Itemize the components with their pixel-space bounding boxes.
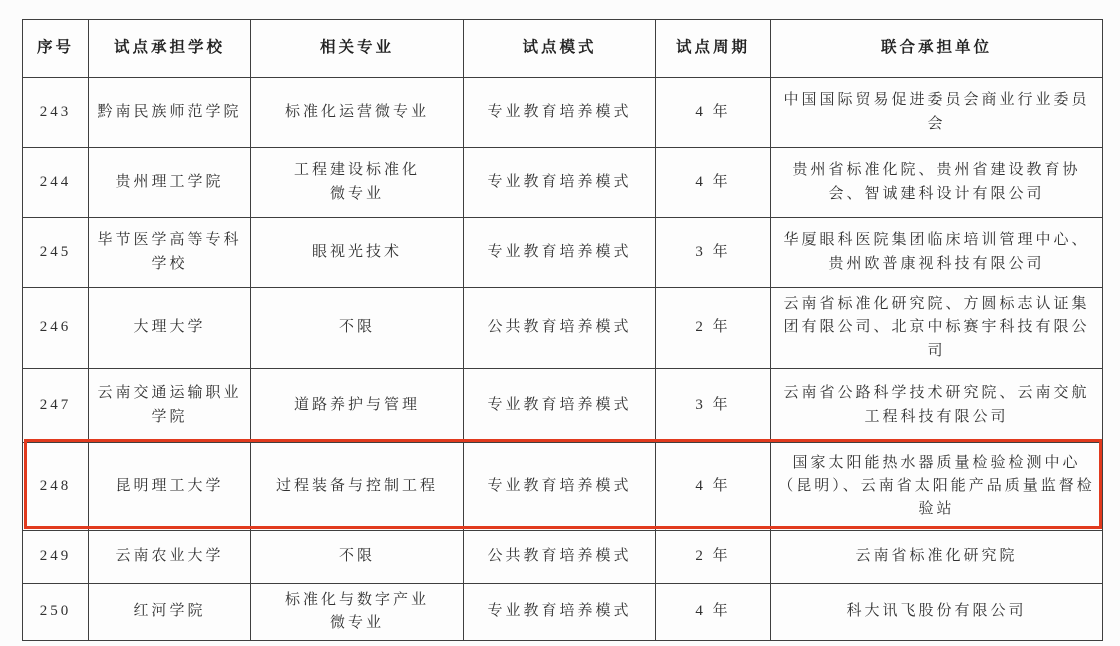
cell-period: 4 年 <box>656 78 771 148</box>
cell-mode: 公共教育培养模式 <box>464 531 656 584</box>
table-row: 244 贵州理工学院 工程建设标准化 微专业 专业教育培养模式 4 年 贵州省标… <box>23 148 1103 218</box>
header-pilot-school: 试点承担学校 <box>89 20 251 78</box>
cell-mode: 专业教育培养模式 <box>464 148 656 218</box>
cell-mode: 专业教育培养模式 <box>464 584 656 641</box>
cell-mode: 公共教育培养模式 <box>464 288 656 369</box>
cell-school: 昆明理工大学 <box>89 443 251 531</box>
cell-serial: 245 <box>23 218 89 288</box>
cell-partners: 云南省公路科学技术研究院、云南交航工程科技有限公司 <box>771 369 1103 443</box>
cell-serial: 249 <box>23 531 89 584</box>
cell-period: 3 年 <box>656 369 771 443</box>
table-row: 243 黔南民族师范学院 标准化运营微专业 专业教育培养模式 4 年 中国国际贸… <box>23 78 1103 148</box>
cell-period: 3 年 <box>656 218 771 288</box>
cell-period: 2 年 <box>656 531 771 584</box>
header-pilot-mode: 试点模式 <box>464 20 656 78</box>
cell-mode: 专业教育培养模式 <box>464 443 656 531</box>
cell-major: 标准化运营微专业 <box>251 78 464 148</box>
cell-major: 标准化与数字产业 微专业 <box>251 584 464 641</box>
cell-partners: 云南省标准化研究院、方圆标志认证集团有限公司、北京中标赛宇科技有限公司 <box>771 288 1103 369</box>
cell-school: 云南农业大学 <box>89 531 251 584</box>
table-header-row: 序号 试点承担学校 相关专业 试点模式 试点周期 联合承担单位 <box>23 20 1103 78</box>
table-row: 245 毕节医学高等专科 学校 眼视光技术 专业教育培养模式 3 年 华厦眼科医… <box>23 218 1103 288</box>
cell-serial: 243 <box>23 78 89 148</box>
cell-school: 毕节医学高等专科 学校 <box>89 218 251 288</box>
cell-serial: 248 <box>23 443 89 531</box>
cell-major: 工程建设标准化 微专业 <box>251 148 464 218</box>
cell-school: 云南交通运输职业 学院 <box>89 369 251 443</box>
cell-period: 4 年 <box>656 584 771 641</box>
cell-school: 大理大学 <box>89 288 251 369</box>
cell-school: 红河学院 <box>89 584 251 641</box>
cell-major: 眼视光技术 <box>251 218 464 288</box>
cell-period: 4 年 <box>656 148 771 218</box>
cell-partners: 云南省标准化研究院 <box>771 531 1103 584</box>
cell-serial: 244 <box>23 148 89 218</box>
table-row: 249 云南农业大学 不限 公共教育培养模式 2 年 云南省标准化研究院 <box>23 531 1103 584</box>
pilot-program-table: 序号 试点承担学校 相关专业 试点模式 试点周期 联合承担单位 243 黔南民族… <box>22 19 1103 641</box>
table-row: 247 云南交通运输职业 学院 道路养护与管理 专业教育培养模式 3 年 云南省… <box>23 369 1103 443</box>
header-joint-unit: 联合承担单位 <box>771 20 1103 78</box>
scanned-document-page: 序号 试点承担学校 相关专业 试点模式 试点周期 联合承担单位 243 黔南民族… <box>0 0 1120 646</box>
cell-major: 不限 <box>251 288 464 369</box>
cell-school: 贵州理工学院 <box>89 148 251 218</box>
cell-partners: 科大讯飞股份有限公司 <box>771 584 1103 641</box>
cell-partners: 华厦眼科医院集团临床培训管理中心、贵州欧普康视科技有限公司 <box>771 218 1103 288</box>
cell-mode: 专业教育培养模式 <box>464 218 656 288</box>
cell-mode: 专业教育培养模式 <box>464 369 656 443</box>
cell-period: 2 年 <box>656 288 771 369</box>
cell-serial: 246 <box>23 288 89 369</box>
cell-partners: 国家太阳能热水器质量检验检测中心（昆明）、云南省太阳能产品质量监督检验站 <box>771 443 1103 531</box>
cell-school: 黔南民族师范学院 <box>89 78 251 148</box>
cell-serial: 247 <box>23 369 89 443</box>
cell-period: 4 年 <box>656 443 771 531</box>
cell-partners: 贵州省标准化院、贵州省建设教育协会、智诚建科设计有限公司 <box>771 148 1103 218</box>
cell-partners: 中国国际贸易促进委员会商业行业委员会 <box>771 78 1103 148</box>
cell-major: 过程装备与控制工程 <box>251 443 464 531</box>
header-pilot-cycle: 试点周期 <box>656 20 771 78</box>
cell-major: 道路养护与管理 <box>251 369 464 443</box>
table-row: 250 红河学院 标准化与数字产业 微专业 专业教育培养模式 4 年 科大讯飞股… <box>23 584 1103 641</box>
table-row-highlighted: 248 昆明理工大学 过程装备与控制工程 专业教育培养模式 4 年 国家太阳能热… <box>23 443 1103 531</box>
cell-major: 不限 <box>251 531 464 584</box>
cell-serial: 250 <box>23 584 89 641</box>
cell-mode: 专业教育培养模式 <box>464 78 656 148</box>
header-related-major: 相关专业 <box>251 20 464 78</box>
table-row: 246 大理大学 不限 公共教育培养模式 2 年 云南省标准化研究院、方圆标志认… <box>23 288 1103 369</box>
header-serial-number: 序号 <box>23 20 89 78</box>
